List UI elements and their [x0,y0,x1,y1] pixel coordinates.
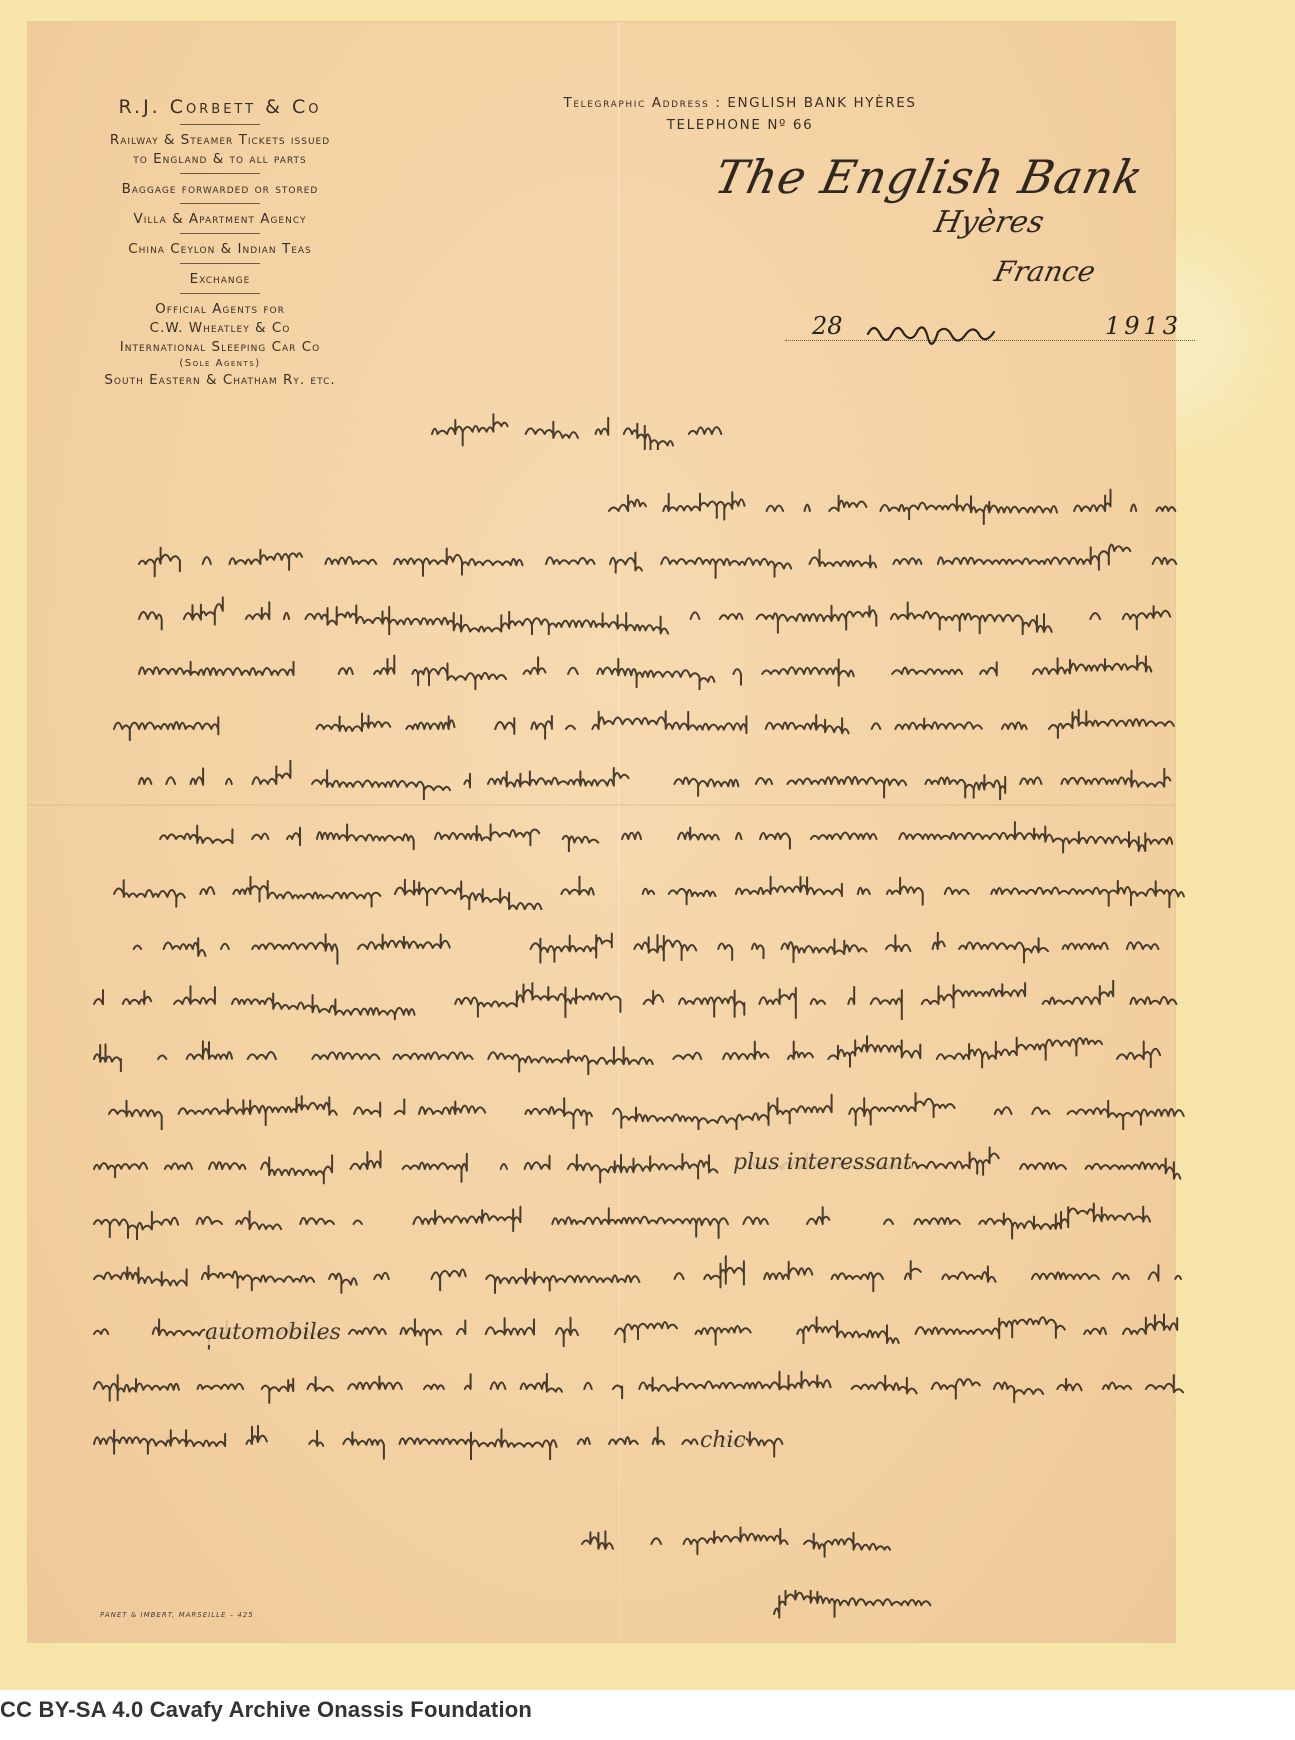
latin-word: chic [700,1428,746,1453]
handwriting-stroke [770,1590,940,1630]
divider [180,233,260,234]
handwriting-stroke [90,1365,1190,1405]
printer-mark: PANET & IMBERT, MARSEILLE – 425 [100,1611,254,1619]
bank-name: The English Bank [710,150,1148,204]
letter-line [135,540,1180,580]
latin-word: automobiles [205,1320,341,1345]
telephone-number: TELEPHONE Nº 66 [500,114,980,136]
divider [180,263,260,264]
letter-line [90,1420,790,1460]
letter-line [135,760,1180,800]
letterhead-line: China Ceylon & Indian Teas [60,240,380,259]
handwriting-stroke [605,487,1180,527]
handwriting-stroke [135,760,1180,800]
handwriting-stroke [90,1420,790,1460]
credit-line: CC BY-SA 4.0 Cavafy Archive Onassis Foun… [0,1697,532,1723]
handwriting-stroke [105,1090,1190,1130]
handwriting-stroke [135,815,1180,855]
divider [180,203,260,204]
telegraph-block: Telegraphic Address : ENGLISH BANK HYÈRE… [500,92,980,136]
letter-line [605,487,1180,527]
letter-line [135,595,1180,635]
letterhead-line: Villa & Apartment Agency [60,210,380,229]
divider [180,293,260,294]
handwriting-stroke [135,650,1180,690]
handwriting-stroke [90,1145,1190,1185]
handwriting-stroke [110,925,1190,965]
letterhead-line: International Sleeping Car Co [60,338,380,357]
letter-line [90,1200,1170,1240]
handwriting-stroke [90,1255,1190,1295]
handwriting-stroke [110,870,1190,910]
signature [770,1590,940,1630]
letter-line [105,1090,1190,1130]
telegraphic-address: Telegraphic Address : ENGLISH BANK HYÈRE… [500,92,980,114]
letter-line [90,1035,1170,1075]
latin-word: plus interessant [733,1150,912,1175]
letter-line [110,925,1190,965]
letter-line [110,870,1190,910]
company-name: R.J. Corbett & Co [60,96,380,118]
letterhead-line: Railway & Steamer Tickets issued [60,131,380,150]
divider [180,173,260,174]
date-year: 1913 [1105,312,1182,340]
handwriting-stroke [135,540,1180,580]
letterhead-line: to England & to all parts [60,150,380,169]
divider [180,124,260,125]
handwriting-stroke [110,705,1180,745]
handwriting-stroke [428,410,728,450]
letter-line [90,1365,1190,1405]
date-month-handwriting [860,312,1010,352]
handwriting-stroke [578,1520,898,1560]
closing-line [578,1520,898,1560]
bank-country: France [991,255,1098,288]
letter-line [90,1145,1190,1185]
letter-line [135,650,1180,690]
letterhead-line: C.W. Wheatley & Co [60,319,380,338]
date-day: 28 [812,312,843,340]
letterhead-line: Official Agents for [60,300,380,319]
horizontal-fold-line [28,804,1175,806]
letterhead-line: South Eastern & Chatham Ry. etc. [60,371,380,390]
handwriting-stroke [90,1035,1170,1075]
bank-city: Hyères [931,205,1047,240]
letter-line [110,705,1180,745]
salutation [428,410,728,450]
handwriting-stroke [90,980,1190,1020]
letterhead-line: Baggage forwarded or stored [60,180,380,199]
letter-line [135,815,1180,855]
letter-line [90,980,1190,1020]
handwriting-stroke [90,1200,1170,1240]
letterhead-left: R.J. Corbett & Co Railway & Steamer Tick… [60,96,380,390]
letter-line [90,1255,1190,1295]
letterhead-line: Exchange [60,270,380,289]
handwriting-stroke [135,595,1180,635]
letterhead-line: (Sole Agents) [60,357,380,371]
